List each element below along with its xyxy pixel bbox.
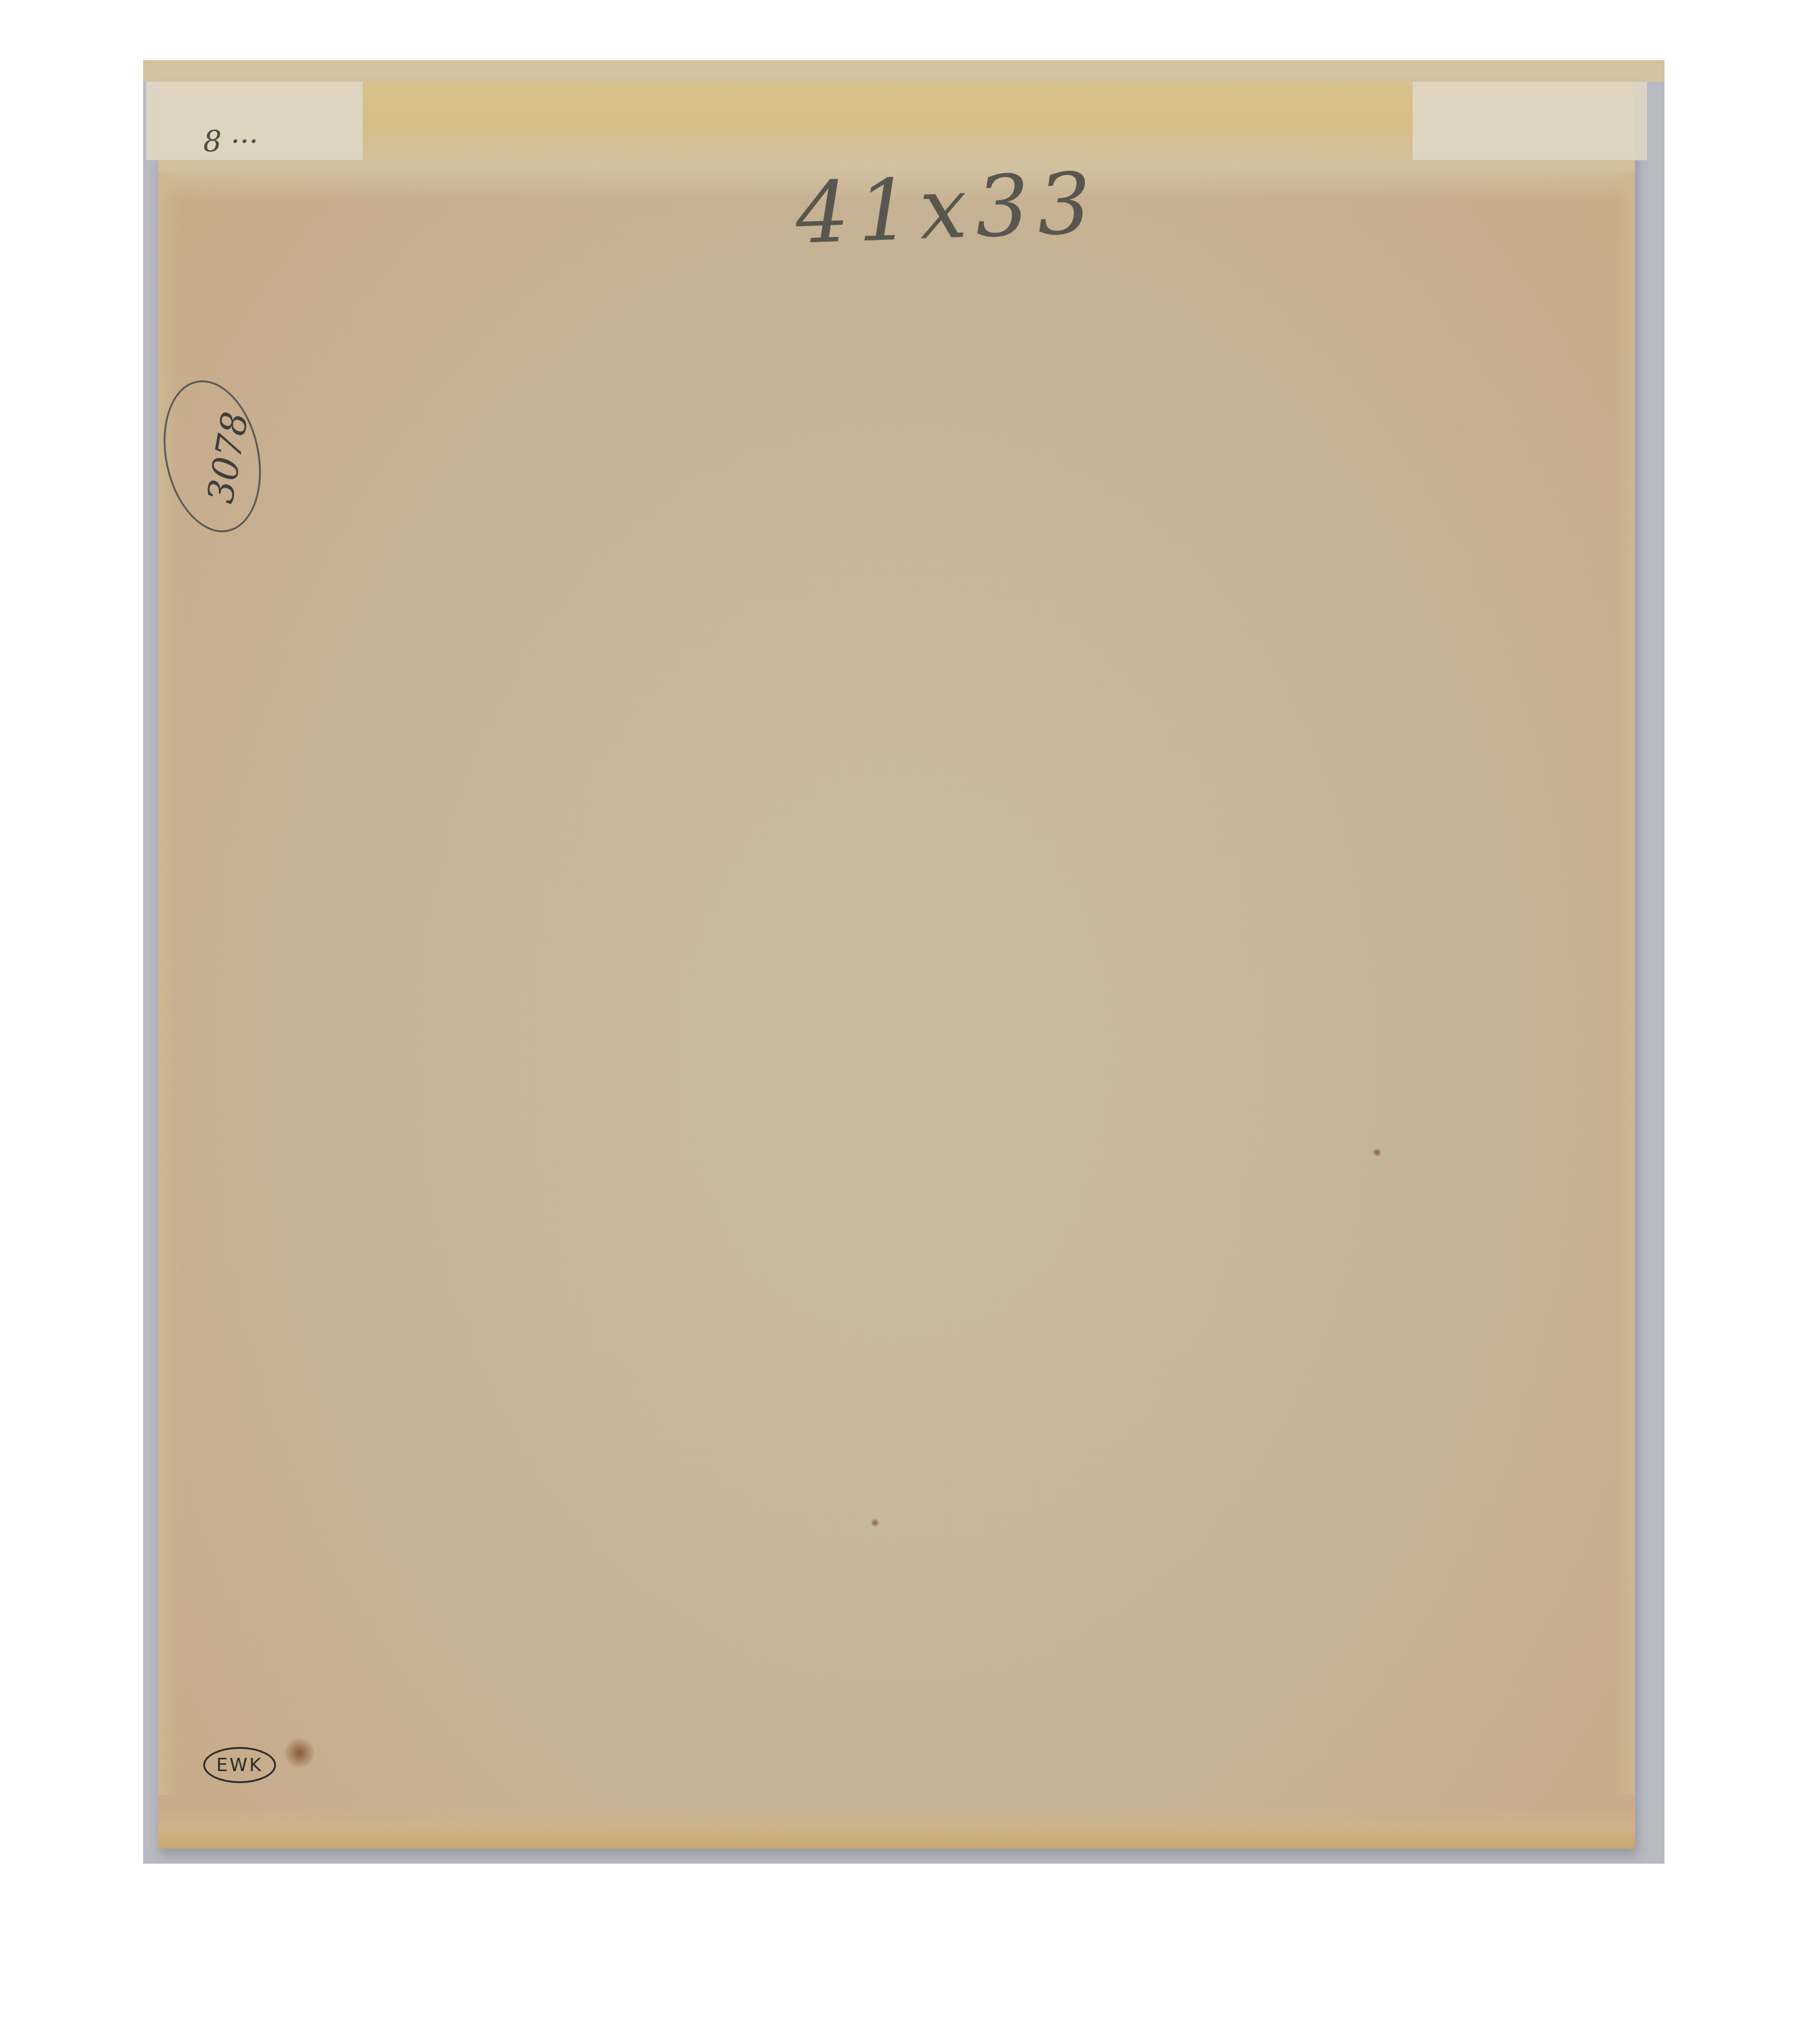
small-spot-stain-right bbox=[1372, 1149, 1382, 1156]
pencil-reference-note: 8 ··· bbox=[203, 125, 259, 159]
collector-stamp-text: EWK bbox=[216, 1755, 263, 1776]
paper-sheet-verso: 8 ··· 41x33 3078 EWK bbox=[158, 82, 1635, 1849]
collector-stamp: EWK bbox=[203, 1747, 276, 1783]
brown-spot-stain bbox=[284, 1738, 314, 1768]
small-spot-stain bbox=[871, 1519, 879, 1527]
hinge-tape-right bbox=[1413, 82, 1647, 161]
mount-top-edge bbox=[143, 60, 1664, 82]
pencil-dimensions-inscription: 41x33 bbox=[794, 155, 1101, 263]
foxing-stain-bottom bbox=[158, 1807, 1635, 1849]
edge-discoloration-right bbox=[1613, 172, 1635, 1795]
